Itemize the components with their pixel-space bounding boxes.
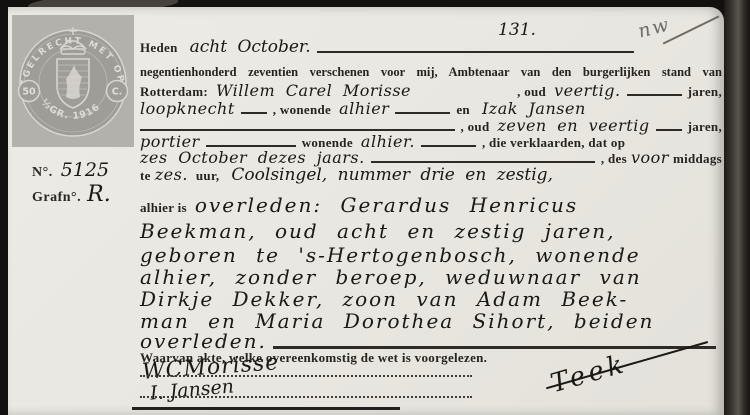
act-number-value: 5125 (61, 159, 109, 181)
deceased-text: alhier, zonder beroep, weduwnaar van (140, 265, 642, 289)
line-hour-address: te zes. uur, Coolsingel, nummer drie en … (140, 165, 722, 185)
act-body: Heden acht October. 131. nw negentienhon… (140, 7, 722, 415)
line-deceased-3: geboren te 's-Hertogenbosch, wonende (140, 243, 722, 267)
death-address: Coolsingel, nummer drie en zestig, (231, 165, 553, 185)
blank-rule (273, 346, 716, 349)
signature-dotted-line (140, 375, 472, 377)
declarant1-age: veertig. (554, 81, 621, 100)
blank-rule (656, 129, 682, 131)
margin-register-numbers: N°. 5125 Grafn°. R. (32, 159, 111, 209)
label-heden: Heden (140, 40, 178, 56)
revenue-stamp-seal: ZEGELRECHT MET OPCENTEN ½GR. 1916 (12, 15, 134, 147)
hour-handwritten: zes. (155, 165, 188, 184)
graf-number-label: Grafn°. (32, 190, 81, 205)
stamp-denomination-right: C. (107, 81, 128, 102)
document-page: ZEGELRECHT MET OPCENTEN ½GR. 1916 (8, 7, 724, 415)
deceased-text: overleden: Gerardus Henricus (195, 193, 578, 217)
scan-background: ZEGELRECHT MET OPCENTEN ½GR. 1916 (0, 0, 750, 415)
graf-number-value: R. (87, 182, 111, 207)
act-number-label: N°. (32, 165, 53, 180)
blank-rule (206, 145, 296, 147)
line-deceased-4: alhier, zonder beroep, weduwnaar van (140, 265, 722, 289)
blank-rule (140, 129, 455, 131)
label-jaren-1: jaren, (688, 84, 722, 100)
svg-text:C.: C. (112, 87, 123, 98)
label-city: Rotterdam: (140, 84, 208, 100)
act-date-handwritten: acht October. (190, 37, 311, 57)
blank-rule (395, 112, 450, 114)
line-date: Heden acht October. 131. nw (140, 37, 640, 57)
revenue-stamp: ZEGELRECHT MET OPCENTEN ½GR. 1916 (12, 15, 134, 147)
deceased-text: Dirkje Dekker, zoon van Adam Beek- (140, 287, 628, 311)
label-te: te (140, 168, 151, 184)
deceased-text: geboren te 's-Hertogenbosch, wonende (140, 243, 641, 267)
label-alhier-is: alhier is (140, 200, 187, 216)
line-year-officer: negentienhonderd zeventien verschenen vo… (140, 63, 722, 81)
label-oud-1: , oud (517, 84, 546, 100)
line-deceased-1: alhier is overleden: Gerardus Henricus (140, 193, 722, 217)
line-deceased-5: Dirkje Dekker, zoon van Adam Beek- (140, 287, 722, 311)
line-declarant1: Rotterdam: Willem Carel Morisse , oud ve… (140, 81, 722, 100)
act-sequence-number: 131. (498, 20, 536, 40)
next-act-divider (132, 407, 400, 410)
stamp-denomination-left: 50 (19, 81, 40, 102)
blank-rule (627, 94, 682, 96)
stamp-coat-of-arms-icon (57, 59, 89, 108)
printed-year-text: negentienhonderd zeventien verschenen vo… (140, 65, 722, 79)
declarant1-name: Willem Carel Morisse (216, 81, 517, 100)
line-deceased-2: Beekman, oud acht en zestig jaren, (140, 219, 722, 243)
blank-rule (371, 161, 595, 163)
blank-rule (241, 112, 267, 114)
svg-text:50: 50 (22, 87, 36, 98)
blank-rule (421, 145, 476, 147)
signature-dotted-line (140, 396, 472, 398)
pencil-scribble: nw (636, 13, 673, 42)
blank-rule (317, 51, 634, 53)
page-edge-shadow (724, 0, 750, 415)
label-uur: uur, (196, 168, 220, 184)
deceased-text: Beekman, oud acht en zestig jaren, (140, 219, 616, 243)
